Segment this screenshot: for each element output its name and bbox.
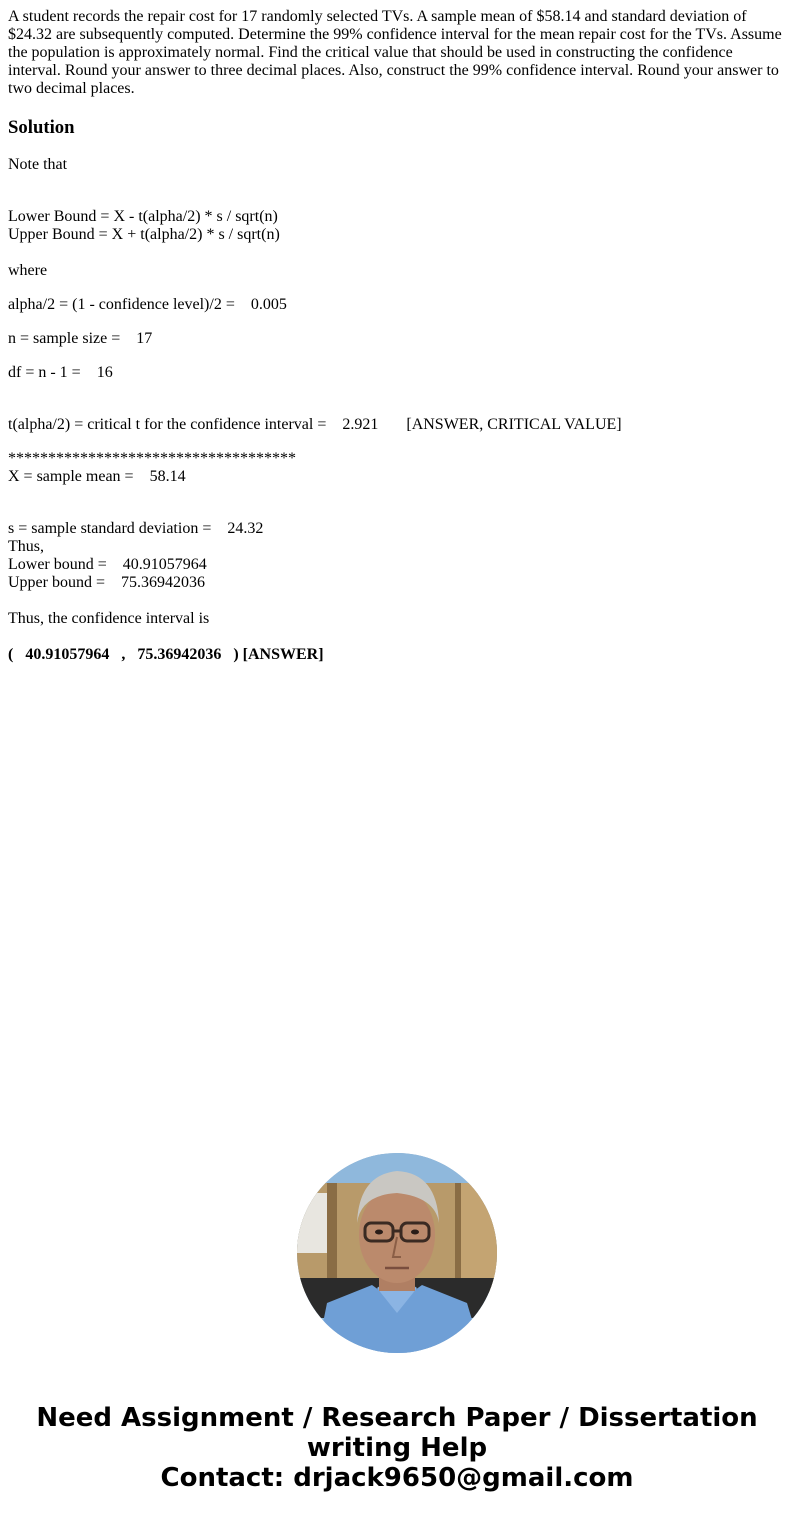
alpha-half-value: 0.005 <box>251 296 287 313</box>
sample-sd-row: s = sample standard deviation = 24.32 <box>8 520 263 538</box>
sample-size-label: n = sample size = <box>8 330 120 347</box>
upper-bound-row: Upper bound = 75.36942036 <box>8 574 205 592</box>
critical-t-value: 2.921 <box>342 416 378 433</box>
sample-mean-label: X = sample mean = <box>8 468 134 485</box>
thus-text: Thus, <box>8 538 44 556</box>
lower-bound-formula: Lower Bound = X - t(alpha/2) * s / sqrt(… <box>8 208 278 226</box>
promo-line-1: Need Assignment / Research Paper / Disse… <box>0 1403 794 1433</box>
final-answer-lower: 40.91057964 <box>25 646 109 663</box>
sample-size-value: 17 <box>136 330 152 347</box>
promo-banner: Need Assignment / Research Paper / Disse… <box>0 1403 794 1493</box>
promo-contact: Contact: drjack9650@gmail.com <box>0 1463 794 1493</box>
separator: ************************************ <box>8 450 296 468</box>
critical-t-label: t(alpha/2) = critical t for the confiden… <box>8 416 326 433</box>
final-answer: ( 40.91057964 , 75.36942036 ) [ANSWER] <box>8 646 324 664</box>
document-content: A student records the repair cost for 17… <box>8 8 786 98</box>
note-that-text: Note that <box>8 156 67 174</box>
sample-mean-value: 58.14 <box>150 468 186 485</box>
upper-bound-formula: Upper Bound = X + t(alpha/2) * s / sqrt(… <box>8 226 280 244</box>
lower-bound-value: 40.91057964 <box>123 556 207 573</box>
author-photo-icon <box>297 1153 497 1353</box>
critical-t-note: [ANSWER, CRITICAL VALUE] <box>406 416 621 433</box>
question-text: A student records the repair cost for 17… <box>8 8 786 98</box>
lower-bound-row: Lower bound = 40.91057964 <box>8 556 207 574</box>
df-label: df = n - 1 = <box>8 364 81 381</box>
sample-sd-label: s = sample standard deviation = <box>8 520 211 537</box>
alpha-half-label: alpha/2 = (1 - confidence level)/2 = <box>8 296 235 313</box>
final-answer-open: ( <box>8 646 13 663</box>
sample-size-row: n = sample size = 17 <box>8 330 152 348</box>
final-answer-upper: 75.36942036 <box>137 646 221 663</box>
critical-t-row: t(alpha/2) = critical t for the confiden… <box>8 416 622 434</box>
df-row: df = n - 1 = 16 <box>8 364 113 382</box>
sample-sd-value: 24.32 <box>227 520 263 537</box>
where-text: where <box>8 262 47 280</box>
interval-intro: Thus, the confidence interval is <box>8 610 209 628</box>
final-answer-comma: , <box>121 646 125 663</box>
final-answer-close: ) [ANSWER] <box>233 646 323 663</box>
df-value: 16 <box>97 364 113 381</box>
author-avatar <box>297 1153 497 1353</box>
sample-mean-row: X = sample mean = 58.14 <box>8 468 186 486</box>
solution-heading: Solution <box>8 117 75 139</box>
promo-line-2: writing Help <box>0 1433 794 1463</box>
alpha-half-row: alpha/2 = (1 - confidence level)/2 = 0.0… <box>8 296 287 314</box>
upper-bound-value: 75.36942036 <box>121 574 205 591</box>
upper-bound-label: Upper bound = <box>8 574 105 591</box>
lower-bound-label: Lower bound = <box>8 556 107 573</box>
